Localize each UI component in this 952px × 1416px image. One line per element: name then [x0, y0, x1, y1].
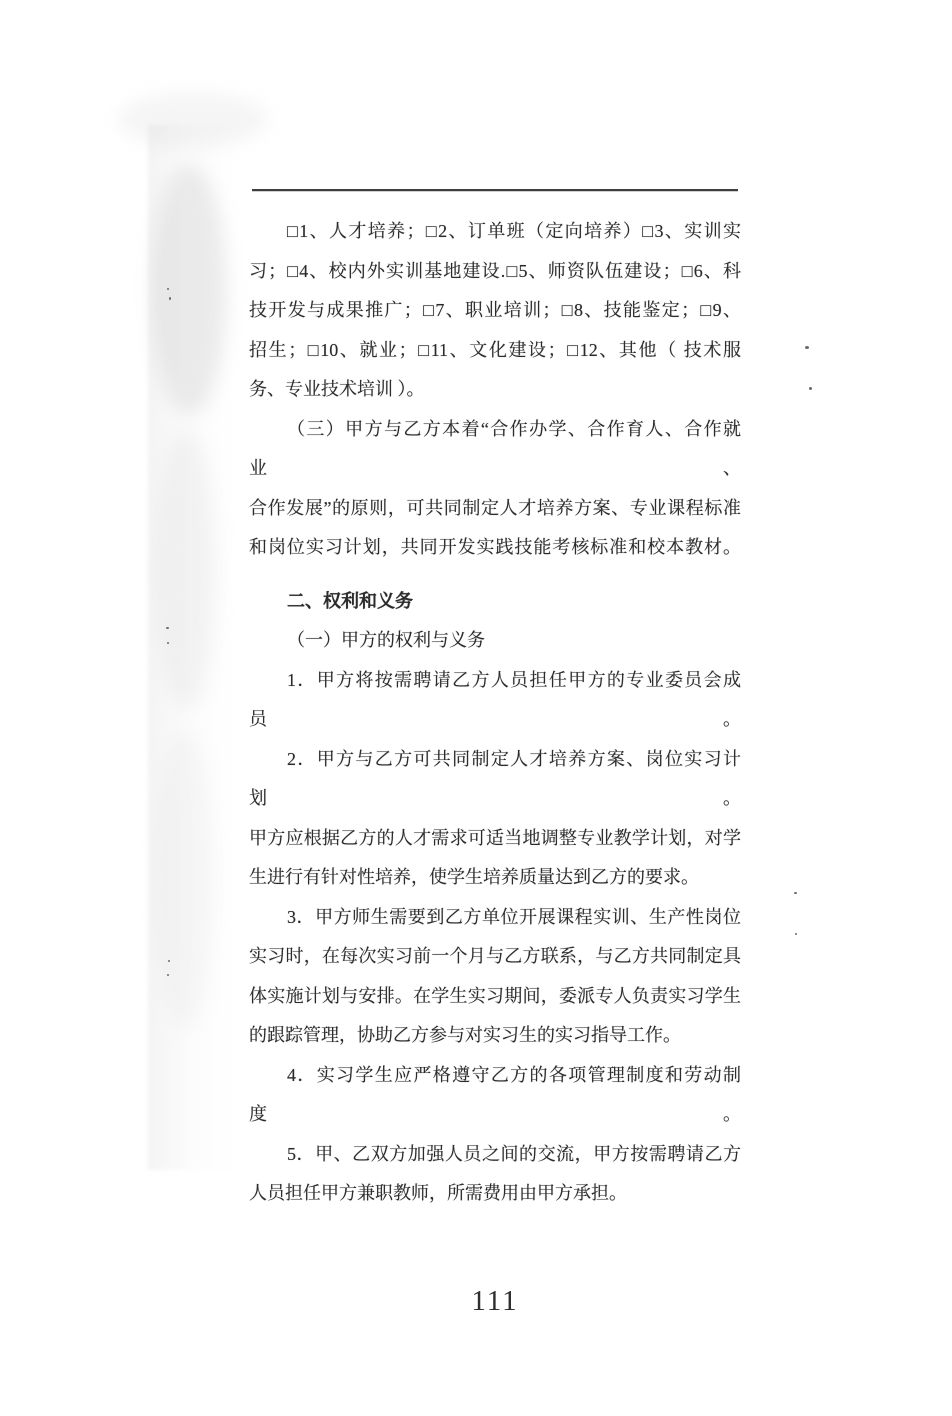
item-5-paragraph: 5．甲、乙双方加强人员之间的交流，甲方按需聘请乙方人员担任甲方兼职教师，所需费用… — [249, 1135, 741, 1214]
scan-speck — [794, 892, 797, 894]
item-3-paragraph-line: 体实施计划与安排。在学生实习期间，委派专人负责实习学生 — [249, 977, 741, 1017]
text-block: □1、人才培养；□2、订单班（定向培养）□3、实训实习；□4、校内外实训基地建设… — [249, 212, 741, 1214]
item-3-paragraph: 3．甲方师生需要到乙方单位开展课程实训、生产性岗位实习时，在每次实习前一个月与乙… — [249, 898, 741, 1056]
item-3-paragraph-line: 实习时，在每次实习前一个月与乙方联系，与乙方共同制定具 — [249, 937, 741, 977]
section-heading-rights-obligations: 二、权利和义务 — [249, 582, 741, 622]
scan-smudge — [156, 730, 214, 1030]
contract-page: □1、人才培养；□2、订单班（定向培养）□3、实训实习；□4、校内外实训基地建设… — [0, 0, 952, 1416]
page-number: 111 — [249, 1285, 741, 1318]
scan-speck — [805, 346, 809, 349]
scan-speck — [168, 960, 170, 962]
item-1-paragraph: 1．甲方将按需聘请乙方人员担任甲方的专业委员会成员。 — [249, 661, 741, 740]
scan-smudge — [158, 430, 216, 710]
scan-speck — [169, 297, 171, 300]
item-5-paragraph-line: 5．甲、乙双方加强人员之间的交流，甲方按需聘请乙方 — [249, 1135, 741, 1175]
item-2-paragraph-line: 甲方应根据乙方的人才需求可适当地调整专业教学计划，对学 — [249, 819, 741, 859]
item-2-paragraph-line: 生进行有针对性培养，使学生培养质量达到乙方的要求。 — [249, 858, 741, 898]
cooperation-items-paragraph: □1、人才培养；□2、订单班（定向培养）□3、实训实习；□4、校内外实训基地建设… — [249, 212, 741, 410]
clause-three-paragraph-line: 和岗位实习计划，共同开发实践技能考核标准和校本教材。 — [249, 528, 741, 568]
top-rule — [252, 189, 738, 191]
item-1-paragraph-line: 1．甲方将按需聘请乙方人员担任甲方的专业委员会成员。 — [249, 661, 741, 740]
scan-speck — [167, 974, 169, 976]
scan-smudge — [118, 92, 268, 147]
section-heading-rights-obligations-line: 二、权利和义务 — [249, 582, 741, 622]
scan-speck — [809, 387, 812, 390]
item-4-paragraph: 4．实习学生应严格遵守乙方的各项管理制度和劳动制度。 — [249, 1056, 741, 1135]
clause-three-paragraph: （三）甲方与乙方本着“合作办学、合作育人、合作就业、合作发展”的原则，可共同制定… — [249, 410, 741, 568]
cooperation-items-paragraph-line: 务、专业技术培训 ）。 — [249, 370, 741, 410]
cooperation-items-paragraph-line: 招生；□10、就业；□11、文化建设；□12、其他（ 技术服 — [249, 331, 741, 371]
cooperation-items-paragraph-line: 习；□4、校内外实训基地建设.□5、师资队伍建设；□6、科 — [249, 252, 741, 292]
item-2-paragraph-line: 2．甲方与乙方可共同制定人才培养方案、岗位实习计划。 — [249, 740, 741, 819]
cooperation-items-paragraph-line: 技开发与成果推广；□7、职业培训；□8、技能鉴定；□9、 — [249, 291, 741, 331]
item-3-paragraph-line: 的跟踪管理，协助乙方参与对实习生的实习指导工作。 — [249, 1016, 741, 1056]
scan-smudge — [152, 165, 227, 415]
subsection-heading-party-a: （一）甲方的权利与义务 — [249, 621, 741, 661]
clause-three-paragraph-line: 合作发展”的原则，可共同制定人才培养方案、专业课程标准 — [249, 489, 741, 529]
scan-speck — [795, 933, 797, 935]
item-5-paragraph-line: 人员担任甲方兼职教师，所需费用由甲方承担。 — [249, 1174, 741, 1214]
item-2-paragraph: 2．甲方与乙方可共同制定人才培养方案、岗位实习计划。甲方应根据乙方的人才需求可适… — [249, 740, 741, 898]
cooperation-items-paragraph-line: □1、人才培养；□2、订单班（定向培养）□3、实训实 — [249, 212, 741, 252]
item-4-paragraph-line: 4．实习学生应严格遵守乙方的各项管理制度和劳动制度。 — [249, 1056, 741, 1135]
scan-speck — [167, 288, 169, 290]
scan-speck — [167, 642, 169, 644]
clause-three-paragraph-line: （三）甲方与乙方本着“合作办学、合作育人、合作就业、 — [249, 410, 741, 489]
item-3-paragraph-line: 3．甲方师生需要到乙方单位开展课程实训、生产性岗位 — [249, 898, 741, 938]
subsection-heading-party-a-line: （一）甲方的权利与义务 — [249, 621, 741, 661]
scan-speck — [166, 627, 169, 629]
